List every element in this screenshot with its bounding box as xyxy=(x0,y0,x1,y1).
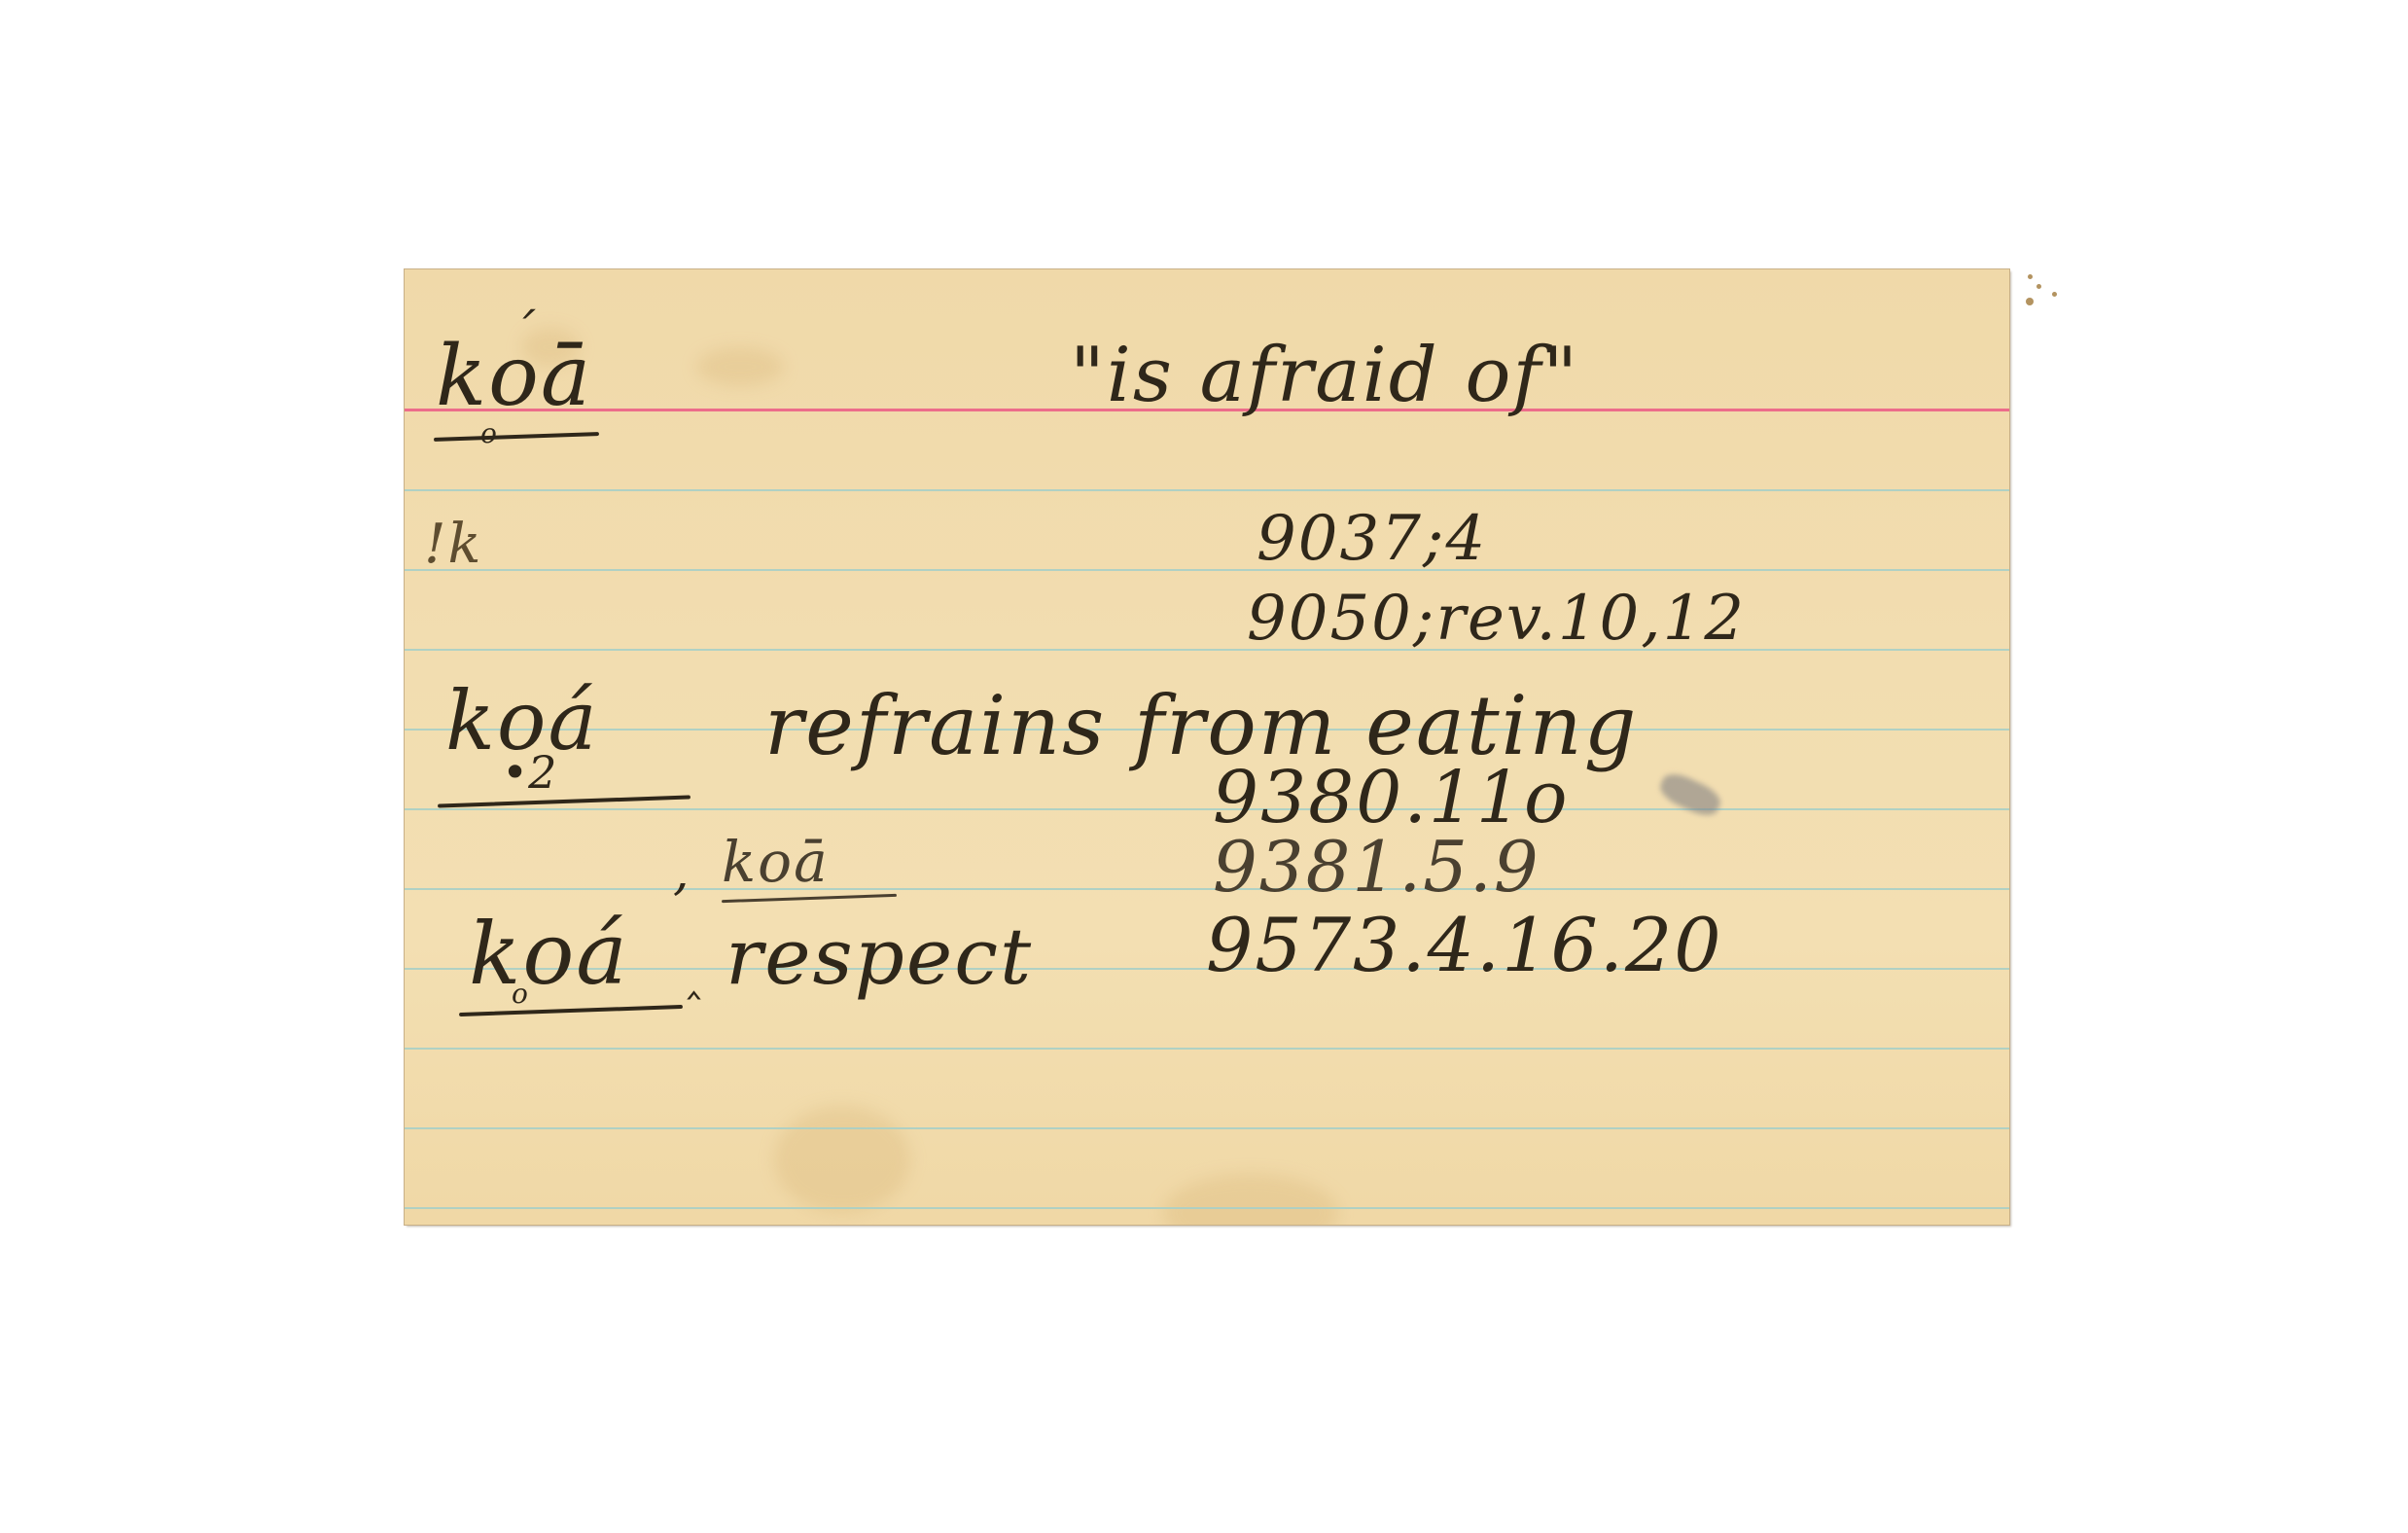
heading-gloss: "is afraid of" xyxy=(1070,332,1579,419)
paper-stain xyxy=(774,1106,910,1213)
paper-stain xyxy=(1163,1174,1338,1225)
reference: 9050;rev.10,12 xyxy=(1247,583,1746,655)
diacritic-below: o xyxy=(512,978,528,1010)
blue-rule xyxy=(405,1127,2009,1129)
entry-gloss: respect xyxy=(726,911,1033,1002)
heading-underline xyxy=(434,432,599,442)
reference: 9573.4.16.20 xyxy=(1206,902,1723,988)
inserted-variant: koā xyxy=(722,829,830,895)
index-card: koā ´ o "is afraid of" !k 9037;4 9050;re… xyxy=(405,269,2009,1225)
dust-speck xyxy=(2028,274,2033,279)
blue-rule xyxy=(405,808,2009,810)
blue-rule xyxy=(405,489,2009,491)
blue-rule xyxy=(405,1207,2009,1209)
reference: 9037;4 xyxy=(1257,503,1487,575)
dust-speck xyxy=(2026,298,2034,305)
diacritic-below: o xyxy=(480,417,497,449)
paper-stain xyxy=(696,347,784,386)
accent-mark: ´ xyxy=(510,304,535,363)
entry-underline xyxy=(459,1005,683,1016)
entry-word: koá xyxy=(469,904,629,1004)
insertion-caret: ‸ xyxy=(687,950,701,1000)
ink-smudge xyxy=(1656,768,1725,821)
reference: 9381.5.9 xyxy=(1213,826,1540,908)
margin-note: !k xyxy=(424,513,482,576)
comma: , xyxy=(673,843,690,902)
entry-underline xyxy=(438,795,691,807)
blue-rule xyxy=(405,1048,2009,1050)
dust-speck xyxy=(2052,292,2057,297)
variant-underline xyxy=(722,894,897,903)
blue-rule xyxy=(405,569,2009,571)
dust-speck xyxy=(2036,284,2041,289)
blue-rule xyxy=(405,649,2009,651)
entry-subscript: •2 xyxy=(502,746,556,799)
blue-rule xyxy=(405,888,2009,890)
